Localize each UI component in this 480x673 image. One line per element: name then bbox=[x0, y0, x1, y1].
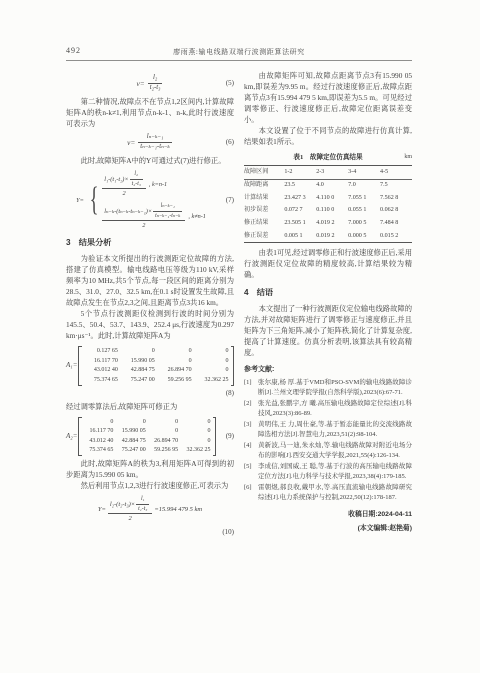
equation-5: v= l₂ t₂-t₃ (5) bbox=[66, 74, 234, 92]
editor-note: (本文编辑:赵艳菊) bbox=[244, 523, 412, 534]
paragraph-simulation-setup: 为验证本文所提出的行波测距定位故障的方法,搭建了仿真模型。输电线路电压等级为11… bbox=[66, 253, 234, 308]
received-date: 收稿日期:2024-04-11 bbox=[244, 509, 412, 520]
table-row: 初步误差0.072 70.110 00.055 10.062 8 bbox=[244, 205, 412, 218]
right-column: 由故障矩阵可知,故障点距离节点3有15.990 05 km,即误差为9.95 m… bbox=[244, 70, 412, 538]
two-column-body: v= l₂ t₂-t₃ (5) 第二种情况,故障点不在节点1,2区间内,计算故障… bbox=[66, 70, 412, 538]
paragraph-conclusion: 本文提出了一种行波测距仪定位输电线路故障的方法,并对故障矩阵进行了调零修正与速度… bbox=[244, 303, 412, 358]
reference-item: [4] 黄新波,马一迪,朱永灿,等.输电线路故障对附近电场分布的影响[J].西安… bbox=[244, 441, 412, 461]
eq10-lhs: Y= bbox=[98, 504, 106, 515]
table-unit: km bbox=[404, 152, 412, 163]
reference-item: [6] 雷朝煜,郝良收,戴甲水,等.高压直流输电线路故障研究综述[J].电力系统… bbox=[244, 483, 412, 503]
table-row: 修正结果23.505 14.019 27.000 57.484 8 bbox=[244, 217, 412, 230]
paragraph-speed-correction: 然后利用节点1,2,3进行行波速度修正,可表示为 bbox=[66, 480, 234, 491]
left-column: v= l₂ t₂-t₃ (5) 第二种情况,故障点不在节点1,2区间内,计算故障… bbox=[66, 70, 234, 538]
equation-8: A₁= 0.127 65000 16.117 7015.990 0500 43.… bbox=[66, 346, 234, 399]
section-heading-conclusion: 4 结语 bbox=[244, 287, 412, 298]
paragraph-y-correction: 此时,故障矩阵A中的Y可通过式(7)进行修正。 bbox=[66, 155, 234, 166]
paragraph-error-analysis: 由故障矩阵可知,故障点距离节点3有15.990 05 km,即误差为9.95 m… bbox=[244, 70, 412, 125]
table-caption: 表1 故障定位仿真结果 km bbox=[244, 152, 412, 163]
matrix-a1-label: A₁= bbox=[66, 360, 77, 371]
matrix-a2-label: A₂= bbox=[66, 431, 77, 442]
table-row: 修正误差0.005 10.019 20.000 50.015 2 bbox=[244, 230, 412, 243]
section-heading-results: 3 结果分析 bbox=[66, 237, 234, 248]
eq5-number: (5) bbox=[216, 78, 234, 89]
reference-item: [3] 黄明伟,王 力,周仕豪,等.基于暂态能量比的交流线路故障选相方法[J].… bbox=[244, 420, 412, 440]
equation-9: A₂= 0000 16.117 7015.990 0500 43.012 404… bbox=[66, 417, 234, 457]
paragraph-table-intro: 本文设置了位于不同节点的故障进行仿真计算,结果如表1所示。 bbox=[244, 125, 412, 147]
eq6-fraction: lₙ₋ₖ₋₁ tₙ₋ₖ₋₁-tₙ₋ₖ bbox=[138, 133, 172, 151]
eq7-case-2: lₙ₋ₖ-(tₙ₋ₖ-tₙ₋ₖ₋₁)× lₙ₋ₖ₋₁ tₙ₋ₖ₋₁-tₙ₋ₖ 2… bbox=[102, 202, 206, 230]
matrix-right-bracket bbox=[231, 346, 235, 386]
scanned-paper-page: 492 廖雨燕:输电线路双端行波测距算法研究 v= l₂ t₂-t₃ (5) bbox=[0, 0, 480, 673]
page-content: 492 廖雨燕:输电线路双端行波测距算法研究 v= l₂ t₂-t₃ (5) bbox=[66, 46, 412, 538]
eq10-result: =15.994 479 5 km bbox=[154, 504, 202, 515]
running-title: 廖雨燕:输电线路双端行波测距算法研究 bbox=[66, 47, 412, 57]
eq9-number: (9) bbox=[216, 431, 234, 442]
reference-item: [1] 张尔康,杨 厚.基于VMD和PSO-SVM的输电线路故障诊断[J].兰州… bbox=[244, 378, 412, 398]
simulation-results-table: 故障区间 1-2 2-3 3-4 4-5 故障距离23.54.07.07.5 计… bbox=[244, 165, 412, 243]
matrix-a1: 0.127 65000 16.117 7015.990 0500 43.012 … bbox=[82, 346, 231, 386]
eq7-number: (7) bbox=[216, 195, 234, 206]
reference-item: [2] 张光益,张鹏宇,方 曦.高压输电线路故障定位综述[J].科技风,2023… bbox=[244, 399, 412, 419]
eq7-case-1: l₁-(t₁-t₂)× l₂ t₂-t₃ 2 , k=n-1 bbox=[102, 170, 206, 198]
equation-10: Y= l₂-(t₂-t₃)× l₁ t₁-t₃ 2 =15.99 bbox=[66, 495, 234, 523]
eq5-lhs: v= bbox=[137, 78, 145, 89]
eq5-fraction: l₂ t₂-t₃ bbox=[148, 74, 163, 92]
paragraph-wave-times: 5个节点行波测距仪检测到行波的时间分别为145.5、50.4、53.7、143.… bbox=[66, 308, 234, 341]
table-row: 计算结果23.427 34.110 07.055 17.562 8 bbox=[244, 192, 412, 205]
paragraph-zeroing: 经过调零算法后,故障矩阵可修正为 bbox=[66, 401, 234, 412]
left-brace: { bbox=[90, 185, 99, 215]
matrix-a2: 0000 16.117 7015.990 0500 43.012 4042.88… bbox=[82, 417, 213, 457]
page-header: 492 廖雨燕:输电线路双端行波测距算法研究 bbox=[66, 46, 412, 58]
eq10-number: (10) bbox=[66, 527, 234, 538]
eq8-number: (8) bbox=[66, 388, 234, 399]
table-header-row: 故障区间 1-2 2-3 3-4 4-5 bbox=[244, 166, 412, 180]
paragraph-rank: 此时,故障矩阵A的秩为3,利用矩阵A可得到的初步距离为15.990 05 km。 bbox=[66, 458, 234, 480]
header-rule bbox=[66, 60, 412, 61]
eq6-lhs: v= bbox=[127, 137, 135, 148]
paragraph-case2: 第二种情况,故障点不在节点1,2区间内,计算故障矩阵A的秩n-k≠1,利用节点n… bbox=[66, 96, 234, 129]
equation-7: Y= { l₁-(t₁-t₂)× l₂ t₂-t₃ bbox=[66, 170, 234, 230]
references-title: 参考文献: bbox=[244, 364, 412, 375]
reference-item: [5] 李成信,刘国威,王 聪,等.基于行波的高压输电线路故障定位方法[J].电… bbox=[244, 462, 412, 482]
equation-6: v= lₙ₋ₖ₋₁ tₙ₋ₖ₋₁-tₙ₋ₖ (6) bbox=[66, 133, 234, 151]
table-row: 故障距离23.54.07.07.5 bbox=[244, 179, 412, 192]
paragraph-table-discussion: 由表1可见,经过调零修正和行波速度修正后,采用行波测距仪定位故障的精度较高,计算… bbox=[244, 247, 412, 280]
eq6-number: (6) bbox=[216, 137, 234, 148]
eq7-lhs: Y= bbox=[76, 195, 84, 206]
